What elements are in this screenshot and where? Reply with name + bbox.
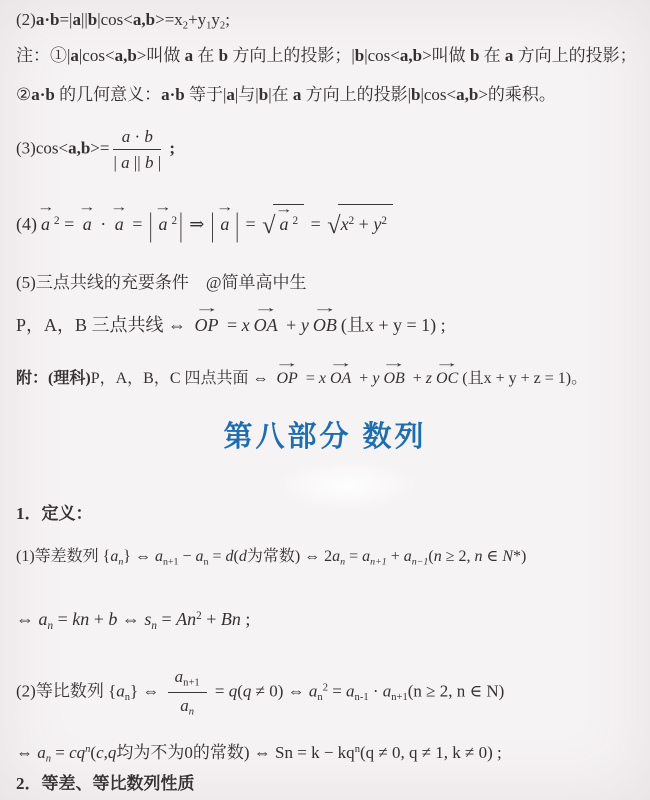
chapter-heading: 第八部分 数列: [0, 414, 650, 455]
vector-arrow-icon: →: [328, 356, 353, 369]
formula-dot-product-line: (2)a·b=|a||b|cos<a,b>=x2+y1y2;: [16, 9, 648, 34]
vector-arrow-icon: →: [274, 356, 299, 369]
formula-cos-angle-line: (3)cos<a,b>=a · b| a || b | ;: [16, 126, 648, 174]
vector-arrow-icon: →: [37, 200, 55, 213]
vector-arrow-icon: →: [253, 301, 278, 314]
arithmetic-sequence-definition-line: (1)等差数列 {an} ⇔ an+1 − an = d(d为常数) ⇔ 2an…: [16, 546, 648, 569]
section-1-heading: 1．定义：: [16, 503, 648, 526]
section-2-heading: 2．等差、等比数列性质: [16, 773, 648, 796]
vector-arrow-icon: →: [216, 200, 234, 213]
arithmetic-equivalent-line: ⇔ an = kn + b ⇔ sn = An2 + Bn ;: [16, 607, 648, 634]
collinear-condition-title: (5)三点共线的充要条件 @简单高中生: [16, 272, 648, 295]
geometric-sequence-definition-line: (2)等比数列 {an} ⇔ an+1an = q(q ≠ 0) ⇔ an2 =…: [16, 666, 648, 719]
vector-arrow-icon: →: [194, 301, 219, 314]
note-geometric-meaning-line: ②a·b 的几何意义：a·b 等于|a|与|b|在 a 方向上的投影|b|cos…: [16, 84, 648, 107]
note-projection-line: 注：①|a|cos<a,b>叫做 a 在 b 方向上的投影；|b|cos<a,b…: [16, 45, 648, 68]
vector-arrow-icon: →: [381, 356, 406, 369]
document-page: (2)a·b=|a||b|cos<a,b>=x2+y1y2; 注：①|a|cos…: [0, 0, 650, 800]
coplanar-formula-line: 附：(理科)P，A，B，C 四点共面 ⇔ →OP = x→OA + y→OB +…: [16, 368, 648, 390]
vector-arrow-icon: →: [154, 200, 172, 213]
collinear-formula-line: P，A，B 三点共线 ⇔ →OP = x→OA + y→OB(且x + y = …: [16, 313, 648, 337]
vector-arrow-icon: →: [110, 200, 128, 213]
vector-arrow-icon: →: [78, 200, 96, 213]
formula-vector-square-line: (4)→a2 = →a · →a = |→a2| ⇒ |→a| = √→a2 =…: [16, 204, 648, 243]
vector-arrow-icon: →: [312, 301, 337, 314]
vector-arrow-icon: →: [434, 356, 459, 369]
vector-arrow-icon: →: [275, 202, 293, 215]
geometric-equivalent-line: ⇔ an = cqn(c,q均为不为0的常数) ⇔ Sn = k − kqn(q…: [16, 742, 648, 767]
